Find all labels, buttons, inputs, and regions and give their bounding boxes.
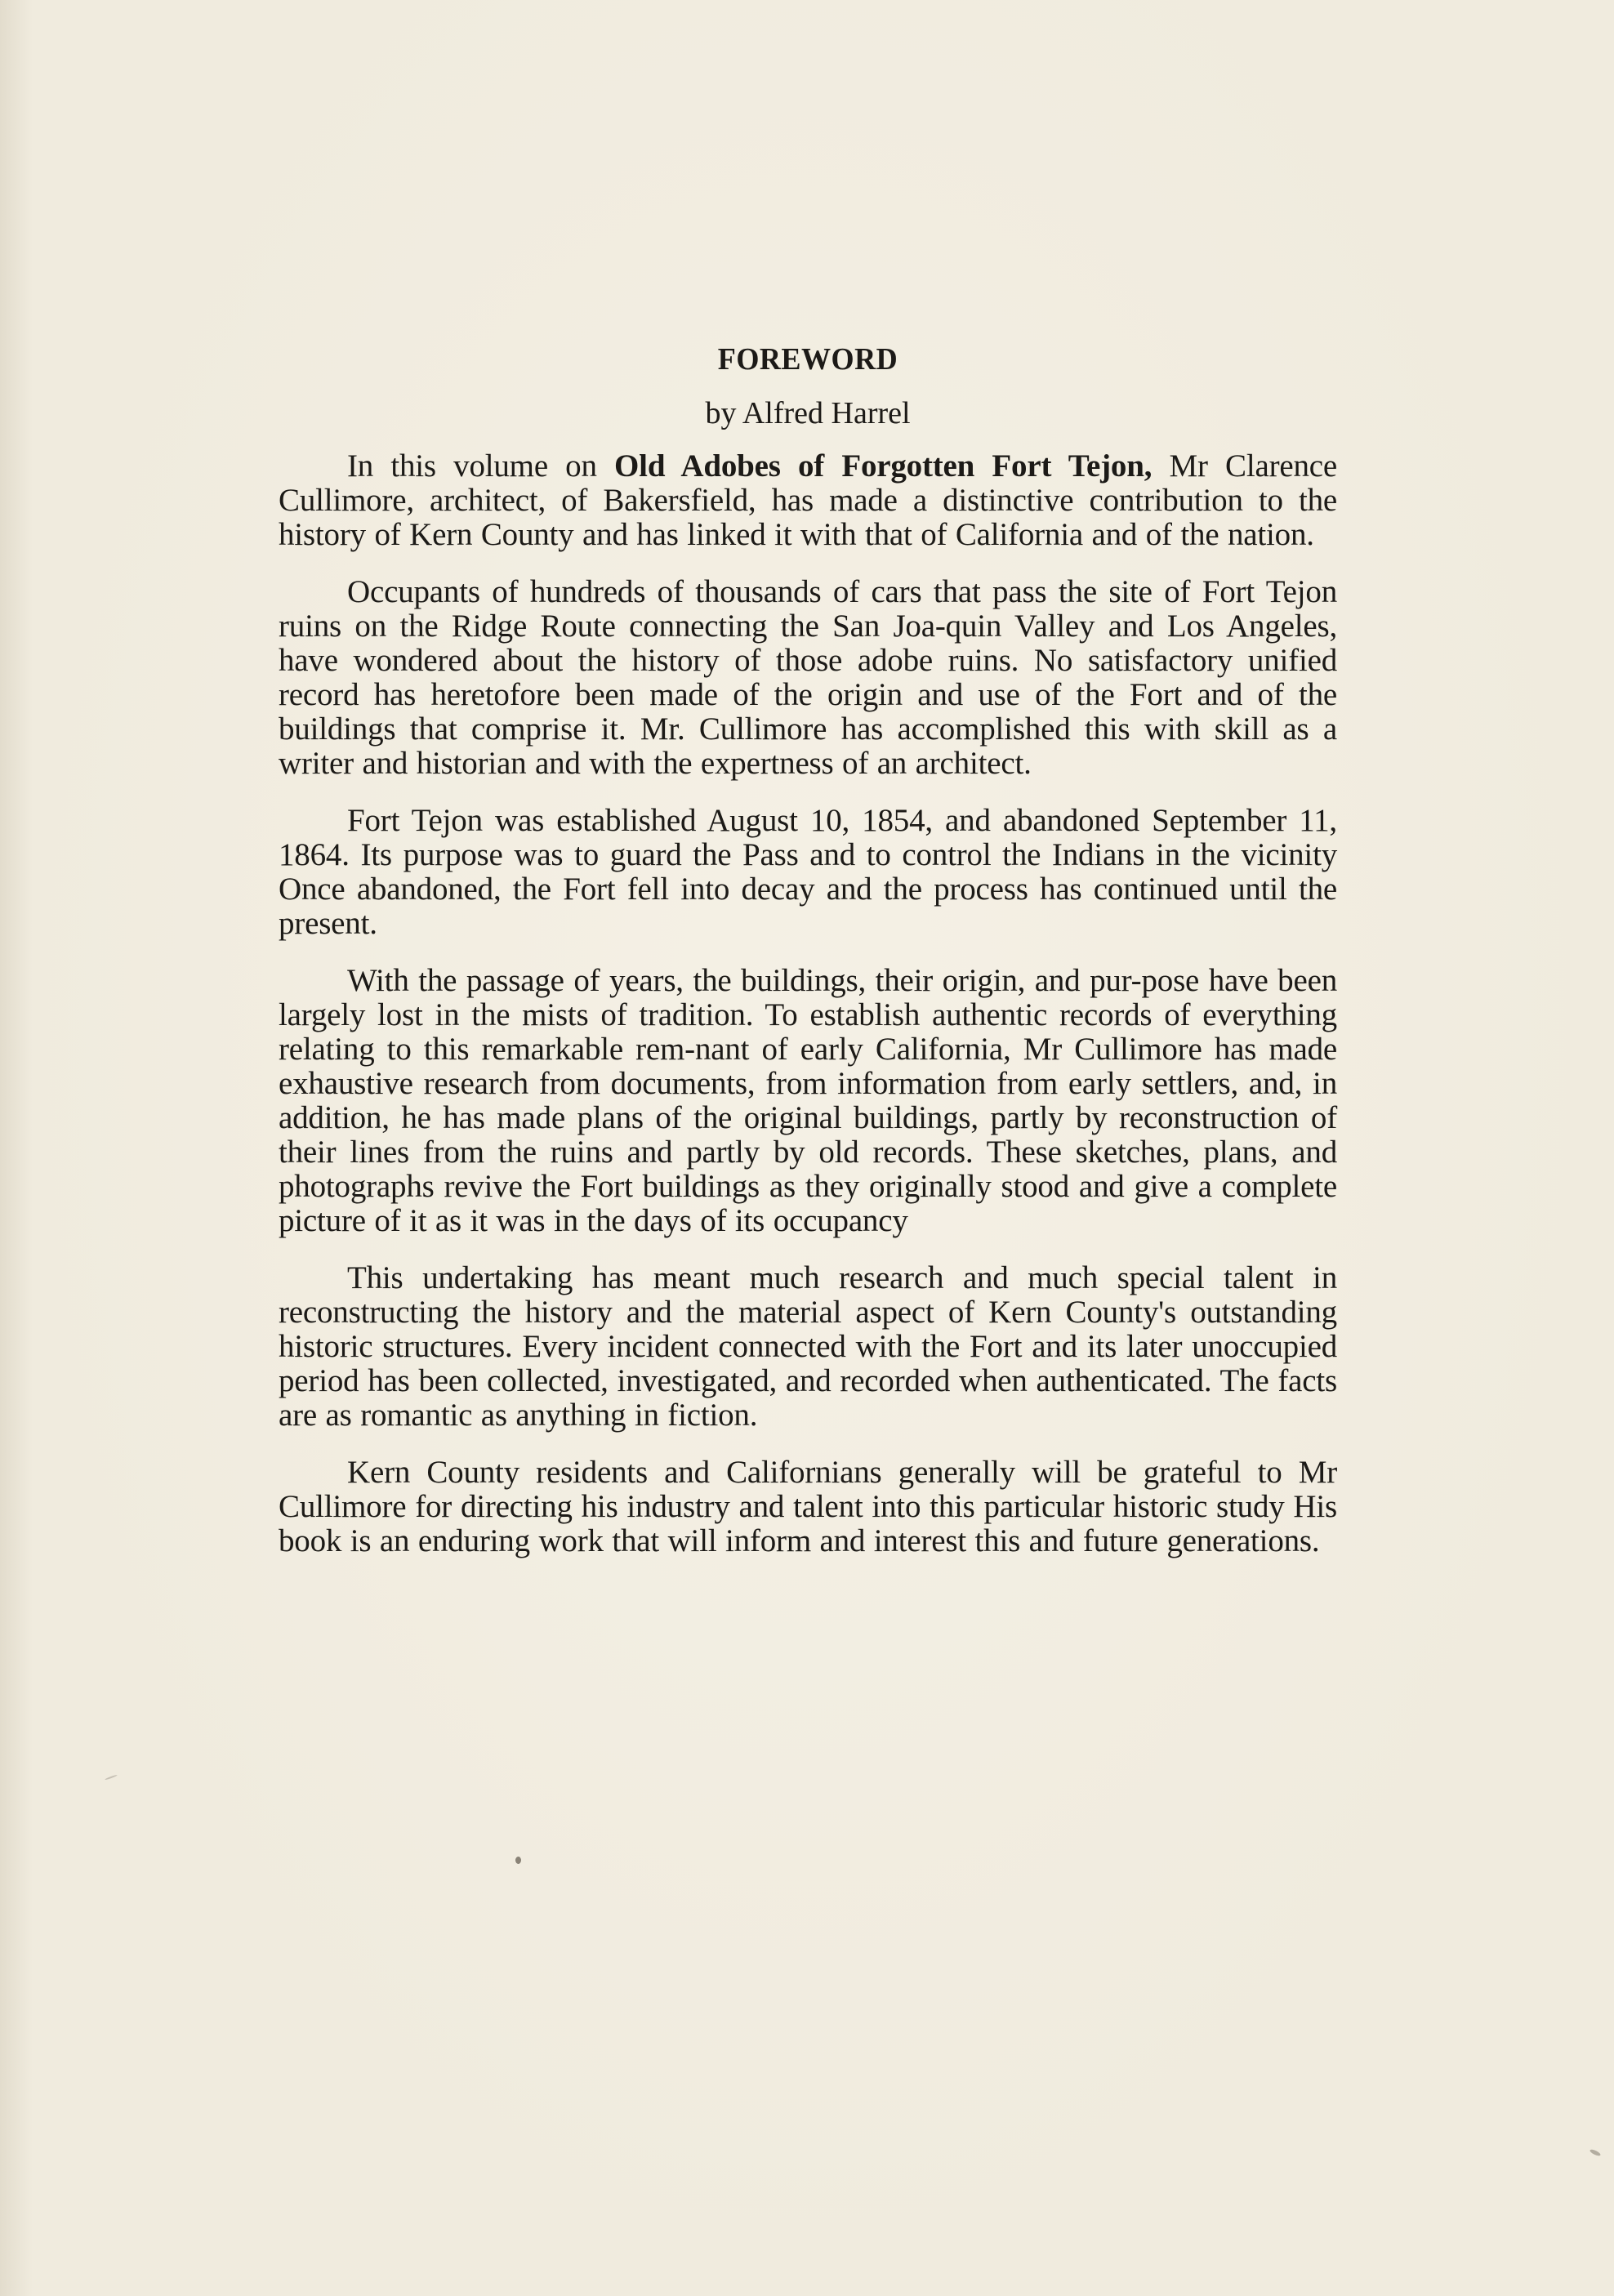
author-byline: by Alfred Harrel: [279, 395, 1337, 438]
paragraph-6: Kern County residents and Californians g…: [279, 1456, 1337, 1558]
page-title: FOREWORD: [305, 335, 1310, 384]
book-page: FOREWORD by Alfred Harrel In this volume…: [0, 0, 1614, 2296]
paragraph-4: With the passage of years, the buildings…: [279, 964, 1337, 1238]
book-title: Old Adobes of Forgotten Fort Tejon,: [614, 448, 1152, 484]
paragraph-3: Fort Tejon was established August 10, 18…: [279, 804, 1337, 941]
foreword-text-column: FOREWORD by Alfred Harrel In this volume…: [279, 335, 1337, 1558]
paper-speck: [515, 1857, 521, 1864]
paper-speck: [105, 1774, 118, 1780]
paragraph-1: In this volume on Old Adobes of Forgotte…: [279, 449, 1337, 552]
paragraph-1-lead: In this volume on: [347, 448, 614, 484]
paper-speck: [1589, 2148, 1602, 2156]
paragraph-2: Occupants of hundreds of thousands of ca…: [279, 575, 1337, 781]
paragraph-5: This undertaking has meant much research…: [279, 1261, 1337, 1433]
